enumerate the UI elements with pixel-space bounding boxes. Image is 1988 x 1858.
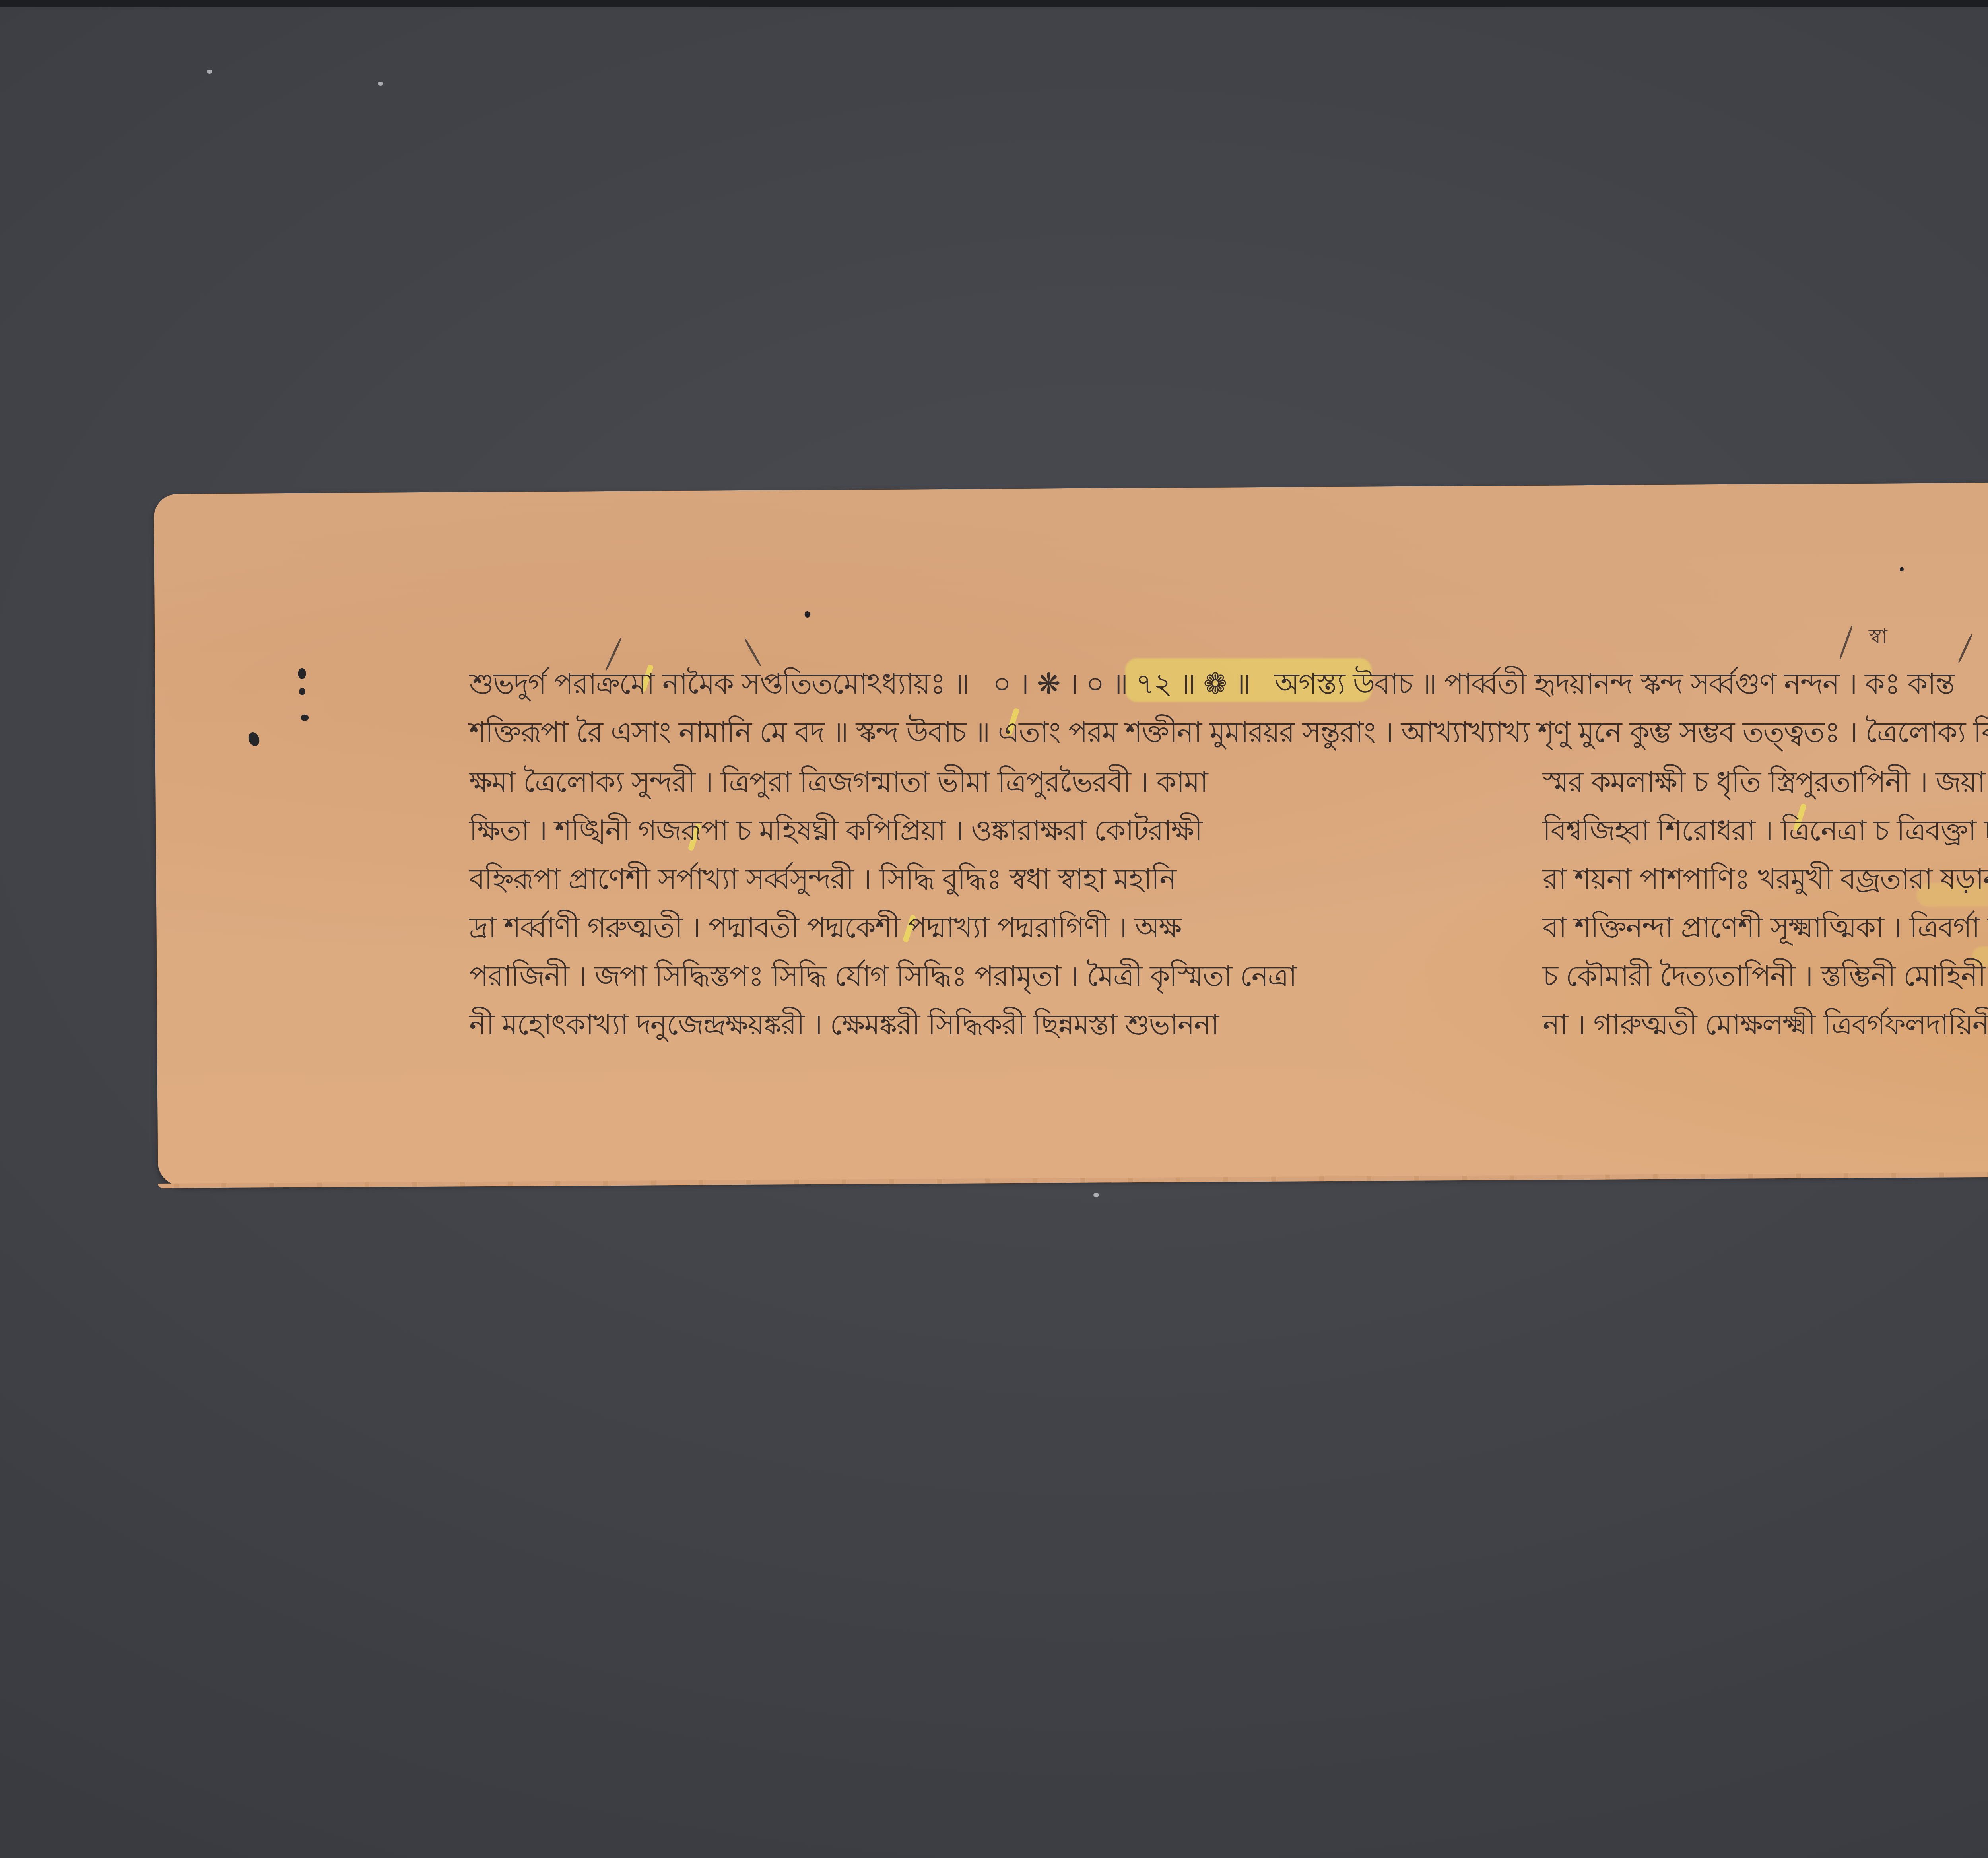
left-column-line: দ্রা শর্ব্বাণী গরুত্মতী । পদ্মাবতী পদ্মক… xyxy=(469,903,1296,952)
chapter-colophon: শুভদুর্গ পরাক্রমো নামৈক সপ্ততিতমোঽধ্যায়… xyxy=(469,667,969,700)
right-column-line: বিশ্বজিহ্বা শিরোধরা । ত্রিনেত্রা চ ত্রিব… xyxy=(1543,806,1988,855)
left-column-line: নী মহোৎকাখ্যা দনুজেন্দ্রক্ষয়ঙ্করী । ক্ষ… xyxy=(469,1000,1296,1049)
ink-spot xyxy=(1900,567,1904,571)
left-column-line: ক্ষিতা । শঙ্খিনী গজরূপা চ মহিষঘ্নী কপিপ্… xyxy=(469,806,1296,855)
ink-spot xyxy=(805,611,810,618)
left-column-line: বহ্নিরূপা প্রাণেশী সর্পাখ্যা সর্ব্বসুন্দ… xyxy=(469,855,1296,903)
board-top-shadow xyxy=(0,0,1988,7)
left-column-line: পরাজিনী । জপা সিদ্ধিস্তপঃ সিদ্ধি র্যোগ স… xyxy=(469,952,1296,1000)
worm-hole xyxy=(298,668,306,679)
header-line: শুভদুর্গ পরাক্রমো নামৈক সপ্ততিতমোঽধ্যায়… xyxy=(469,662,1954,710)
board-speck xyxy=(1093,1193,1099,1197)
board-speck xyxy=(378,82,383,86)
right-column-line: চ কৌমারী দৈত্যতাপিনী । স্তম্ভিনী মোহিনী … xyxy=(1543,952,1988,1000)
folio-ornament: ০ । ❋ । ০ ॥ ৭২ ॥ ❁ ॥ xyxy=(993,667,1250,700)
right-column-line: স্মর কমলাক্ষী চ ধৃতি স্ত্রিপুরতাপিনী । জ… xyxy=(1543,758,1988,806)
left-column-line: ক্ষমা ত্রৈলোক্য সুন্দরী । ত্রিপুরা ত্রিজ… xyxy=(469,758,1296,806)
right-column: স্মর কমলাক্ষী চ ধৃতি স্ত্রিপুরতাপিনী । জ… xyxy=(1543,758,1988,1049)
right-column-line: বা শক্তিনন্দা প্রাণেশী সূক্ষ্মাত্মিকা । … xyxy=(1543,903,1988,952)
right-column-line: রা শয়না পাশপাণিঃ খরমুখী বজ্রতারা ষড়ানন… xyxy=(1543,855,1988,903)
left-column: ক্ষমা ত্রৈলোক্য সুন্দরী । ত্রিপুরা ত্রিজ… xyxy=(469,758,1296,1049)
board-speck xyxy=(207,70,212,74)
worm-hole xyxy=(299,688,305,695)
second-line-text: শক্তিরূপা রৈ এসাং নামানি মে বদ ॥ স্কন্দ … xyxy=(469,715,1988,749)
worm-hole xyxy=(247,731,261,748)
header-continuation: অগস্ত্য উবাচ ॥ পার্ব্বতী হৃদয়ানন্দ স্কন… xyxy=(1274,667,1954,700)
interlinear-correction: স্বা xyxy=(1869,620,1887,655)
worm-hole xyxy=(301,715,309,721)
second-line: শক্তিরূপা রৈ এসাং নামানি মে বদ ॥ স্কন্দ … xyxy=(469,711,1988,758)
right-column-line: না । গারুত্মতী মোক্ষলক্ষ্মী ত্রিবর্গফলদা… xyxy=(1543,1000,1988,1049)
